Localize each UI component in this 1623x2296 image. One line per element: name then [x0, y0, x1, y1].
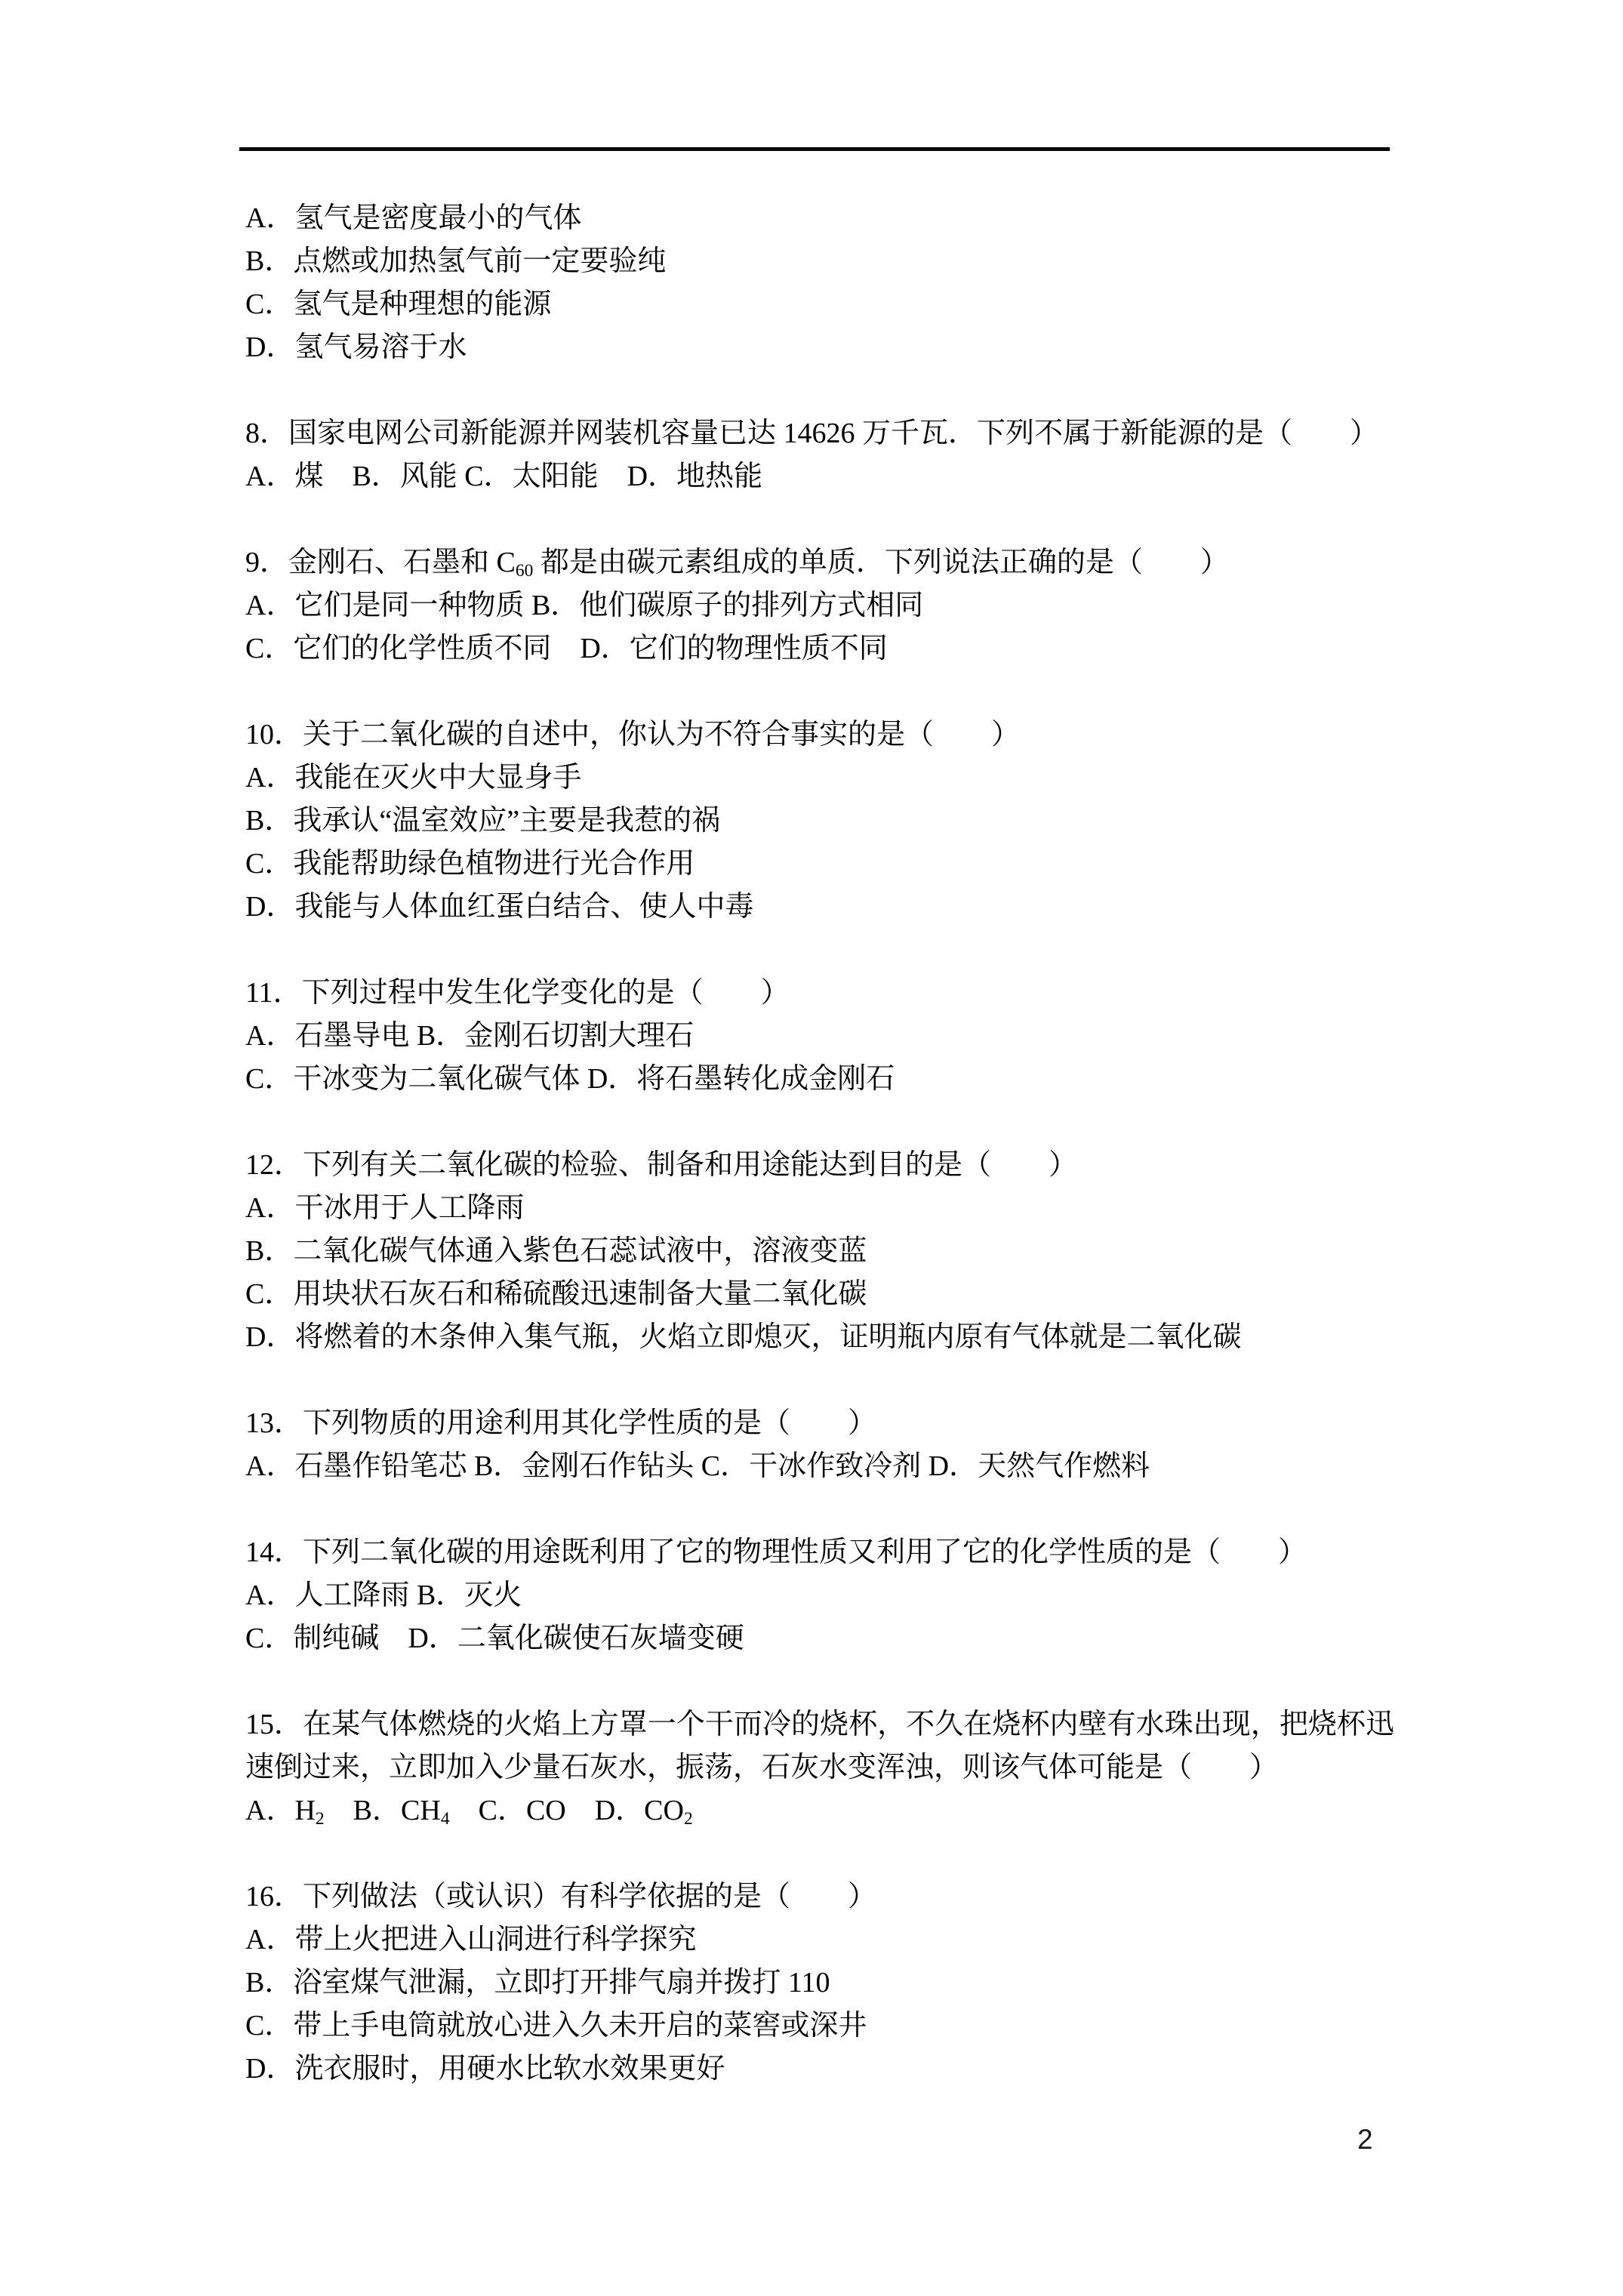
text-line: 9．金刚石、石墨和 C60 都是由碳元素组成的单质．下列说法正确的是（ ） [245, 541, 1394, 584]
text-segment: 13．下列物质的用途利用其化学性质的是（ ） [245, 1407, 876, 1439]
question-11: 11．下列过程中发生化学变化的是（ ）A．石墨导电 B．金刚石切割大理石C．干冰… [245, 972, 1394, 1101]
text-line: 11．下列过程中发生化学变化的是（ ） [245, 972, 1394, 1015]
text-segment: 12．下列有关二氧化碳的检验、制备和用途能达到目的是（ ） [245, 1149, 1077, 1181]
text-line: A．人工降雨 B．灭火 [245, 1574, 1394, 1617]
text-line: A．H2 B．CH4 C．CO D．CO2 [245, 1789, 1394, 1832]
text-segment: 10．关于二氧化碳的自述中，你认为不符合事实的是（ ） [245, 719, 1020, 750]
text-line: A．石墨导电 B．金刚石切割大理石 [245, 1015, 1394, 1058]
text-line: C．用块状石灰石和稀硫酸迅速制备大量二氧化碳 [245, 1273, 1394, 1316]
question-10: 10．关于二氧化碳的自述中，你认为不符合事实的是（ ）A．我能在灭火中大显身手B… [245, 713, 1394, 929]
text-segment: B．浴室煤气泄漏，立即打开排气扇并拨打 110 [245, 1967, 830, 1999]
question-list: A．氢气是密度最小的气体B．点燃或加热氢气前一定要验纯C．氢气是种理想的能源D．… [245, 197, 1394, 2091]
text-line: 15．在某气体燃烧的火焰上方罩一个干而冷的烧杯，不久在烧杯内壁有水珠出现，把烧杯… [245, 1703, 1394, 1789]
exam-page: A．氢气是密度最小的气体B．点燃或加热氢气前一定要验纯C．氢气是种理想的能源D．… [0, 0, 1623, 2296]
question-14: 14．下列二氧化碳的用途既利用了它的物理性质又利用了它的化学性质的是（ ）A．人… [245, 1531, 1394, 1660]
text-segment: 15．在某气体燃烧的火焰上方罩一个干而冷的烧杯，不久在烧杯内壁有水珠出现，把烧杯… [245, 1709, 1394, 1783]
text-line: C．干冰变为二氧化碳气体 D．将石墨转化成金刚石 [245, 1058, 1394, 1101]
text-segment: A．人工降雨 B．灭火 [245, 1579, 522, 1611]
text-segment: C．制纯碱 D．二氧化碳使石灰墙变硬 [245, 1623, 744, 1654]
subscript-text: 4 [441, 1809, 450, 1829]
text-segment: A．石墨作铅笔芯 B．金刚石作钻头 C．干冰作致冷剂 D．天然气作燃料 [245, 1450, 1150, 1482]
page-number: 2 [1357, 2124, 1373, 2156]
text-segment: D．氢气易溶于水 [245, 331, 467, 363]
question-12: 12．下列有关二氧化碳的检验、制备和用途能达到目的是（ ）A．干冰用于人工降雨B… [245, 1144, 1394, 1359]
text-line: D．氢气易溶于水 [245, 326, 1394, 369]
text-segment: 都是由碳元素组成的单质．下列说法正确的是（ ） [533, 547, 1229, 578]
subscript-text: 60 [516, 561, 534, 581]
text-line: B．浴室煤气泄漏，立即打开排气扇并拨打 110 [245, 1962, 1394, 2005]
text-line: A．我能在灭火中大显身手 [245, 757, 1394, 800]
text-line: A．干冰用于人工降雨 [245, 1187, 1394, 1230]
text-segment: C．我能帮助绿色植物进行光合作用 [245, 848, 694, 880]
text-segment: A．煤 B．风能 C．太阳能 D．地热能 [245, 461, 762, 492]
question-13: 13．下列物质的用途利用其化学性质的是（ ）A．石墨作铅笔芯 B．金刚石作钻头 … [245, 1402, 1394, 1488]
text-segment: C．氢气是种理想的能源 [245, 288, 551, 320]
text-line: C．氢气是种理想的能源 [245, 283, 1394, 326]
text-segment: A．氢气是密度最小的气体 [245, 202, 581, 234]
text-segment: C．带上手电筒就放心进入久未开启的菜窖或深井 [245, 2010, 867, 2042]
text-line: B．点燃或加热氢气前一定要验纯 [245, 240, 1394, 283]
text-segment: 8．国家电网公司新能源并网装机容量已达 14626 万千瓦．下列不属于新能源的是… [245, 418, 1378, 449]
text-line: D．洗衣服时，用硬水比软水效果更好 [245, 2048, 1394, 2091]
text-segment: A．干冰用于人工降雨 [245, 1192, 524, 1224]
text-line: A．它们是同一种物质 B．他们碳原子的排列方式相同 [245, 584, 1394, 627]
text-segment: A．带上火把进入山洞进行科学探究 [245, 1924, 696, 1955]
text-segment: A．它们是同一种物质 B．他们碳原子的排列方式相同 [245, 590, 923, 621]
text-line: C．我能帮助绿色植物进行光合作用 [245, 843, 1394, 886]
text-segment: B．二氧化碳气体通入紫色石蕊试液中，溶液变蓝 [245, 1235, 867, 1267]
text-segment: D．将燃着的木条伸入集气瓶，火焰立即熄灭，证明瓶内原有气体就是二氧化碳 [245, 1321, 1241, 1353]
question-7-options: A．氢气是密度最小的气体B．点燃或加热氢气前一定要验纯C．氢气是种理想的能源D．… [245, 197, 1394, 369]
text-line: D．将燃着的木条伸入集气瓶，火焰立即熄灭，证明瓶内原有气体就是二氧化碳 [245, 1316, 1394, 1359]
text-segment: B．CH [325, 1795, 441, 1826]
text-segment: D．洗衣服时，用硬水比软水效果更好 [245, 2053, 725, 2085]
text-line: B．我承认“温室效应”主要是我惹的祸 [245, 800, 1394, 843]
text-line: 14．下列二氧化碳的用途既利用了它的物理性质又利用了它的化学性质的是（ ） [245, 1531, 1394, 1574]
question-8: 8．国家电网公司新能源并网装机容量已达 14626 万千瓦．下列不属于新能源的是… [245, 412, 1394, 498]
subscript-text: 2 [684, 1809, 693, 1829]
header-rule [239, 147, 1390, 151]
text-segment: A．石墨导电 B．金刚石切割大理石 [245, 1020, 694, 1052]
text-segment: B．点燃或加热氢气前一定要验纯 [245, 245, 666, 277]
text-line: D．我能与人体血红蛋白结合、使人中毒 [245, 886, 1394, 929]
text-line: 13．下列物质的用途利用其化学性质的是（ ） [245, 1402, 1394, 1445]
subscript-text: 2 [316, 1809, 325, 1829]
text-segment: 11．下列过程中发生化学变化的是（ ） [245, 977, 790, 1009]
text-segment: A．H [245, 1795, 316, 1826]
text-line: C．它们的化学性质不同 D．它们的物理性质不同 [245, 627, 1394, 670]
text-line: A．氢气是密度最小的气体 [245, 197, 1394, 240]
text-segment: C．CO D．CO [450, 1795, 684, 1826]
text-line: A．石墨作铅笔芯 B．金刚石作钻头 C．干冰作致冷剂 D．天然气作燃料 [245, 1445, 1394, 1488]
text-line: C．制纯碱 D．二氧化碳使石灰墙变硬 [245, 1617, 1394, 1660]
text-segment: 9．金刚石、石墨和 C [245, 547, 516, 578]
text-segment: C．干冰变为二氧化碳气体 D．将石墨转化成金刚石 [245, 1063, 895, 1095]
text-line: B．二氧化碳气体通入紫色石蕊试液中，溶液变蓝 [245, 1230, 1394, 1273]
text-line: A．带上火把进入山洞进行科学探究 [245, 1918, 1394, 1962]
text-segment: 16．下列做法（或认识）有科学依据的是（ ） [245, 1881, 876, 1912]
text-line: 12．下列有关二氧化碳的检验、制备和用途能达到目的是（ ） [245, 1144, 1394, 1187]
question-16: 16．下列做法（或认识）有科学依据的是（ ）A．带上火把进入山洞进行科学探究B．… [245, 1875, 1394, 2091]
text-segment: C．它们的化学性质不同 D．它们的物理性质不同 [245, 633, 888, 664]
text-line: 8．国家电网公司新能源并网装机容量已达 14626 万千瓦．下列不属于新能源的是… [245, 412, 1394, 455]
text-segment: D．我能与人体血红蛋白结合、使人中毒 [245, 891, 753, 923]
question-9: 9．金刚石、石墨和 C60 都是由碳元素组成的单质．下列说法正确的是（ ）A．它… [245, 541, 1394, 670]
text-line: 16．下列做法（或认识）有科学依据的是（ ） [245, 1875, 1394, 1918]
text-segment: B．我承认“温室效应”主要是我惹的祸 [245, 805, 720, 837]
text-line: C．带上手电筒就放心进入久未开启的菜窖或深井 [245, 2005, 1394, 2048]
text-segment: C．用块状石灰石和稀硫酸迅速制备大量二氧化碳 [245, 1278, 867, 1310]
question-15: 15．在某气体燃烧的火焰上方罩一个干而冷的烧杯，不久在烧杯内壁有水珠出现，把烧杯… [245, 1703, 1394, 1832]
text-segment: 14．下列二氧化碳的用途既利用了它的物理性质又利用了它的化学性质的是（ ） [245, 1536, 1307, 1568]
text-line: A．煤 B．风能 C．太阳能 D．地热能 [245, 455, 1394, 498]
text-segment: A．我能在灭火中大显身手 [245, 762, 581, 794]
text-line: 10．关于二氧化碳的自述中，你认为不符合事实的是（ ） [245, 713, 1394, 757]
